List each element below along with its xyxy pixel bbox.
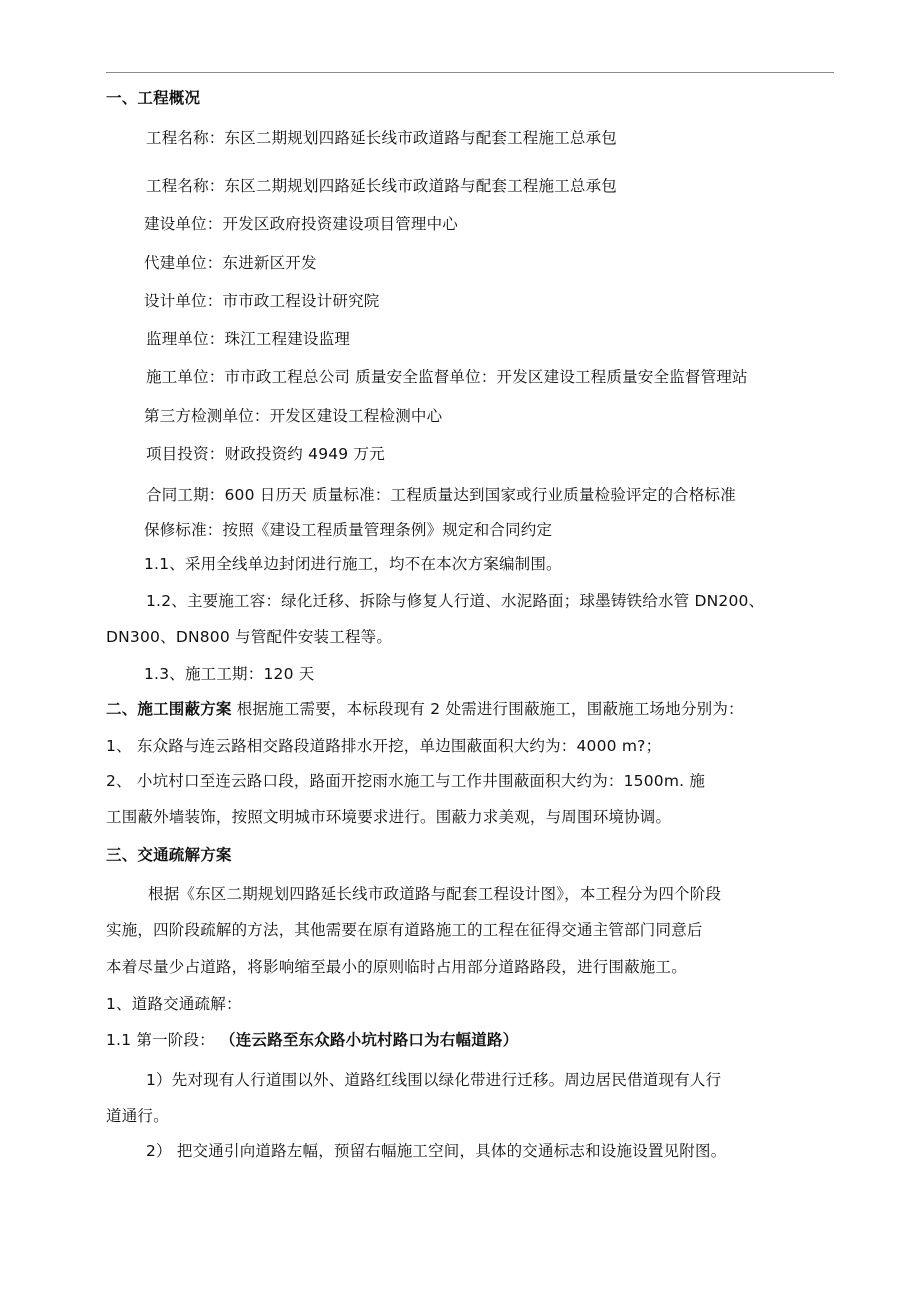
section-1-heading: 一、工程概况 (106, 88, 200, 108)
testing-unit-line: 第三方检测单位：开发区建设工程检测中心 (144, 406, 442, 426)
phase-1-step-1: 1）先对现有人行道围以外、道路红线围以绿化带进行迁移。周边居民借道现有人行 (146, 1070, 721, 1090)
traffic-paragraph-line-2: 实施，四阶段疏解的方法，其他需要在原有道路施工的工程在征得交通主管部门同意后 (106, 920, 703, 940)
phase-1-line: 1.1 第一阶段： （连云路至东众路小坑村路口为右幅道路） (106, 1030, 518, 1050)
section-3-heading: 三、交通疏解方案 (106, 845, 232, 865)
agent-unit-line: 代建单位：东进新区开发 (144, 253, 317, 273)
supervision-unit-line: 监理单位：珠江工程建设监理 (146, 329, 350, 349)
builder-unit-line: 建设单位：开发区政府投资建设项目管理中心 (144, 214, 458, 234)
design-unit-line: 设计单位：市市政工程设计研究院 (144, 291, 380, 311)
investment-line: 项目投资：财政投资约 4949 万元 (146, 444, 385, 464)
item-1-2-continued: DN300、DN800 与管配件安装工程等。 (106, 627, 392, 647)
enclosure-item-1: 1、 东众路与连云路相交路段道路排水开挖，单边围蔽面积大约为：4000 m?； (106, 736, 661, 756)
header-rule (106, 72, 834, 73)
warranty-line: 保修标准：按照《建设工程质量管理条例》规定和合同约定 (144, 520, 552, 540)
section-2-heading: 二、施工围蔽方案 (106, 700, 232, 718)
traffic-paragraph-line-3: 本着尽量少占道路，将影响缩至最小的原则临时占用部分道路路段，进行围蔽施工。 (106, 957, 687, 977)
enclosure-item-2-continued: 工围蔽外墙装饰，按照文明城市环境要求进行。围蔽力求美观，与周围环境协调。 (106, 807, 671, 827)
phase-1-step-2: 2） 把交通引向道路左幅，预留右幅施工空间，具体的交通标志和设施设置见附图。 (146, 1141, 726, 1161)
phase-1-step-1-continued: 道通行。 (106, 1106, 169, 1126)
section-2-line: 二、施工围蔽方案 根据施工需要，本标段现有 2 处需进行围蔽施工，围蔽施工场地分… (106, 699, 744, 719)
road-traffic-subheading: 1、道路交通疏解： (106, 994, 242, 1014)
project-name-line-repeat: 工程名称：东区二期规划四路延长线市政道路与配套工程施工总承包 (146, 176, 617, 196)
item-1-2: 1.2、主要施工容：绿化迁移、拆除与修复人行道、水泥路面；球墨铸铁给水管 DN2… (146, 591, 764, 611)
project-name-line: 工程名称：东区二期规划四路延长线市政道路与配套工程施工总承包 (146, 128, 617, 148)
phase-1-scope: （连云路至东众路小坑村路口为右幅道路） (220, 1031, 518, 1049)
traffic-paragraph-line-1: 根据《东区二期规划四路延长线市政道路与配套工程设计图》，本工程分为四个阶段 (148, 884, 721, 904)
enclosure-item-2: 2、 小坑村口至连云路口段，路面开挖雨水施工与工作井围蔽面积大约为：1500m.… (106, 771, 705, 791)
section-2-intro: 根据施工需要，本标段现有 2 处需进行围蔽施工，围蔽施工场地分别为： (232, 700, 744, 718)
contract-period-line: 合同工期：600 日历天 质量标准：工程质量达到国家或行业质量检验评定的合格标准 (146, 485, 736, 505)
item-1-3: 1.3、施工工期：120 天 (144, 664, 314, 684)
phase-1-label: 1.1 第一阶段： (106, 1031, 220, 1049)
construction-unit-line: 施工单位：市市政工程总公司 质量安全监督单位：开发区建设工程质量安全监督管理站 (146, 367, 748, 387)
item-1-1: 1.1、采用全线单边封闭进行施工，均不在本次方案编制围。 (144, 554, 562, 574)
